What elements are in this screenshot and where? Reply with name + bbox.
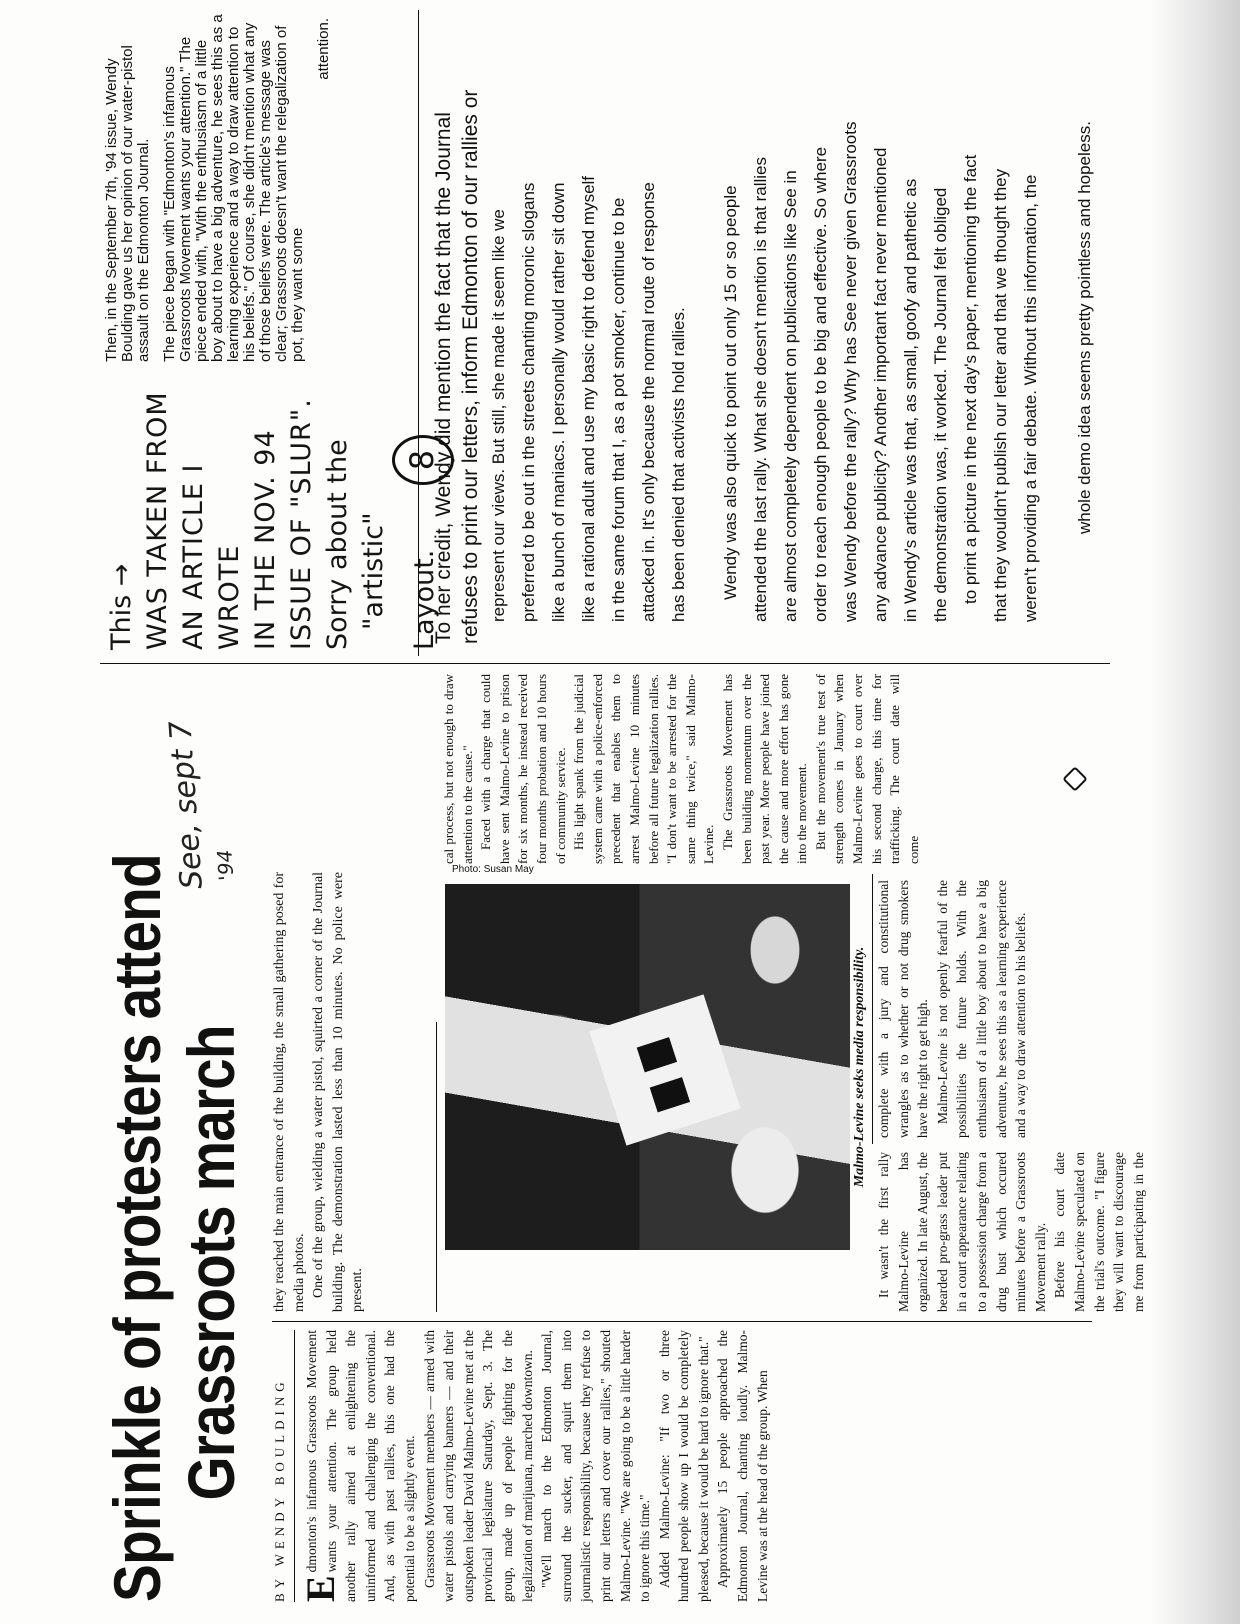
text-line: like a bunch of maniacs. I personally wo… [544,4,574,644]
text-line: that they wouldn't publish our letter an… [986,4,1016,644]
text-line: To her credit, Wendy did mention the fac… [430,4,457,644]
note-line: "artistic" [356,360,392,650]
text-line: whole demo idea seems pretty pointless a… [1070,4,1100,644]
column-divider [436,1022,437,1312]
text-line: order to reach enough people to be big a… [806,4,836,644]
text-line: weren't providing a fair debate. Without… [1016,4,1046,644]
text-line: to print a picture in the next day's pap… [956,4,986,644]
headline: Sprinkle of protesters attend Grassroots… [100,794,248,1602]
paragraph: complete with a jury and constitutional … [874,880,933,1138]
note-line: AN ARTICLE I WROTE [176,360,248,650]
handwritten-date-annotation: See, sept 7 '94 [164,717,244,890]
typed-article-intro: Then, in the September 7th, '94 issue, W… [104,12,332,362]
text-line: represent our views. But still, she made… [484,4,514,644]
paragraph: Approximately 15 people approached the E… [713,1330,772,1602]
note-line: IN THE NOV. 94 [248,360,284,650]
paragraph: His light spank from the judicial system… [570,674,719,864]
article-column-4b: cal process, but not enough to draw atte… [440,674,923,864]
protest-sign [589,994,740,1145]
section-divider [418,10,419,656]
paragraph: Then, in the September 7th, '94 issue, W… [104,12,152,362]
byline: BY WENDY BOULDING [272,1330,295,1602]
text-line: the demonstration was, it worked. The Jo… [926,4,956,644]
paragraph: Added Malmo-Levine: "If two or three hun… [655,1330,714,1602]
paragraph: dmonton's infamous Grassroots Movement w… [304,1330,417,1602]
text-line: attended the last rally. What she doesn'… [746,4,776,644]
headline-line-2: Grassroots march [174,794,248,1602]
paragraph: cal process, but not enough to draw atte… [440,674,477,864]
paragraph: It wasn't the first rally Malmo-Levine h… [874,1152,1050,1312]
scan-shadow-edge [1150,0,1240,1624]
paragraph: Malmo-Levine is not openly fearful of th… [933,880,1031,1138]
paragraph-end: attention. [316,12,332,362]
photo-credit: Photo: Susan May [452,864,534,875]
column-divider [872,874,873,1144]
article-column-2: they reached the main entrance of the bu… [270,872,368,1312]
drop-cap: E [304,1575,338,1602]
text-line: any advance publicity? Another important… [866,4,896,644]
paragraph: "We'll march to the Edmonton Journal, su… [537,1330,655,1602]
handwritten-note: This → WAS TAKEN FROM AN ARTICLE I WROTE… [104,360,454,650]
clipping-edge [100,663,1110,664]
paragraph: Grassroots Movement members — armed with… [420,1330,538,1602]
paragraph: they reached the main entrance of the bu… [270,872,309,1312]
article-column-1: Edmonton's infamous Grassroots Movement … [302,1330,772,1602]
typed-article-body: To her credit, Wendy did mention the fac… [430,4,1100,644]
article-column-3: It wasn't the first rally Malmo-Levine h… [874,1152,1168,1312]
text-line: was Wendy before the rally? Why has See … [836,4,866,644]
article-column-5: complete with a jury and constitutional … [874,880,1031,1138]
note-line: Sorry about the [320,360,356,650]
end-of-article-icon [1062,766,1087,791]
text-line: like a rational adult and use my basic r… [574,4,604,644]
paragraph: The piece began with "Edmonton's infamou… [162,12,306,362]
column-divider [272,1321,1092,1322]
headline-line-1: Sprinkle of protesters attend [100,794,174,1602]
note-line: WAS TAKEN FROM [140,360,176,650]
scanned-page: Sprinkle of protesters attend Grassroots… [0,0,1240,1624]
text-line: preferred to be out in the streets chant… [514,4,544,644]
text-line: in the same forum that I, as a pot smoke… [604,4,634,644]
text-line: Wendy was also quick to point out only 1… [716,4,746,644]
text-line: in Wendy's article was that, as small, g… [896,4,926,644]
paragraph: The Grassroots Movement has been buildin… [719,674,812,864]
note-line: This → [104,360,140,650]
text-line: has been denied that activists hold rall… [664,4,694,644]
paragraph: One of the group, wielding a water pisto… [309,872,368,1312]
news-photo [445,884,850,1250]
text-line: attacked in. It's only because the norma… [634,4,664,644]
paragraph: Faced with a charge that could have sent… [477,674,570,864]
text-line: refuses to print our letters, inform Edm… [457,4,484,644]
paragraph: But the movement's true test of strength… [812,674,924,864]
text-line: are almost completely dependent on publi… [776,4,806,644]
photo-caption: Malmo-Levine seeks media responsibility. [852,884,868,1250]
note-line: ISSUE OF "SLUR". [284,360,320,650]
